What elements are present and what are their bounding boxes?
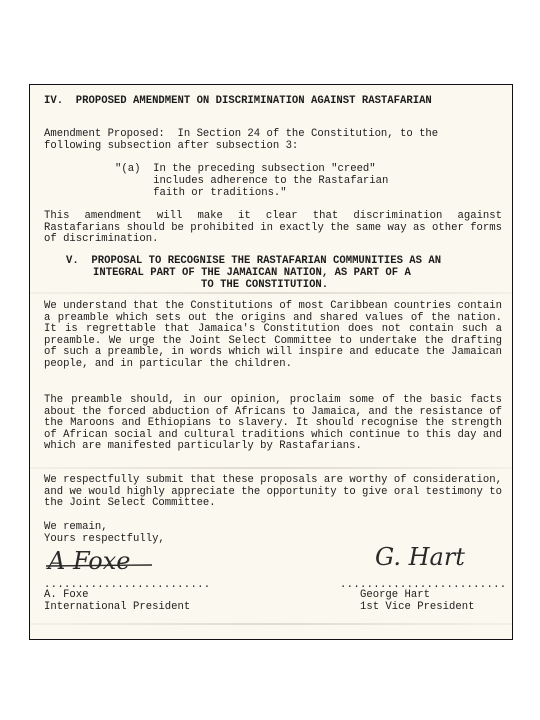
submission-paragraph: We respectfully submit that these propos… — [44, 475, 502, 510]
closing-line-1: We remain, — [44, 522, 502, 534]
signature-strike-icon — [44, 563, 154, 569]
amendment-line-2: following subsection after subsection 3: — [44, 141, 502, 153]
amendment-explanation: This amendment will make it clear that d… — [44, 211, 502, 246]
section-iv-heading: IV. PROPOSED AMENDMENT ON DISCRIMINATION… — [44, 96, 502, 108]
preamble-paragraph-2: The preamble should, in our opinion, pro… — [44, 395, 502, 453]
paper-fold-line — [30, 467, 512, 469]
paper-fold-line — [30, 292, 512, 294]
section-v-heading-line-2: INTEGRAL PART OF THE JAMAICAN NATION, AS… — [93, 268, 540, 280]
signatory-name-2: George Hart — [360, 590, 540, 602]
paper-fold-line — [30, 623, 512, 625]
quote-line-2: includes adherence to the Rastafarian — [115, 176, 540, 188]
document-page: IV. PROPOSED AMENDMENT ON DISCRIMINATION… — [29, 84, 513, 640]
section-v-heading-line-3: TO THE CONSTITUTION. — [201, 280, 540, 292]
signature-hart: G. Hart — [375, 543, 465, 571]
signature-foxe: A Foxe — [48, 547, 131, 575]
signatory-title-2: 1st Vice President — [360, 602, 540, 614]
quote-line-3: faith or traditions." — [115, 188, 540, 200]
preamble-paragraph-1: We understand that the Constitutions of … — [44, 301, 502, 371]
section-v-heading-line-1: V. PROPOSAL TO RECOGNISE THE RASTAFARIAN… — [66, 256, 524, 268]
quote-line-1: "(a) In the preceding subsection "creed" — [115, 164, 540, 176]
amendment-line-1: Amendment Proposed: In Section 24 of the… — [44, 129, 502, 141]
